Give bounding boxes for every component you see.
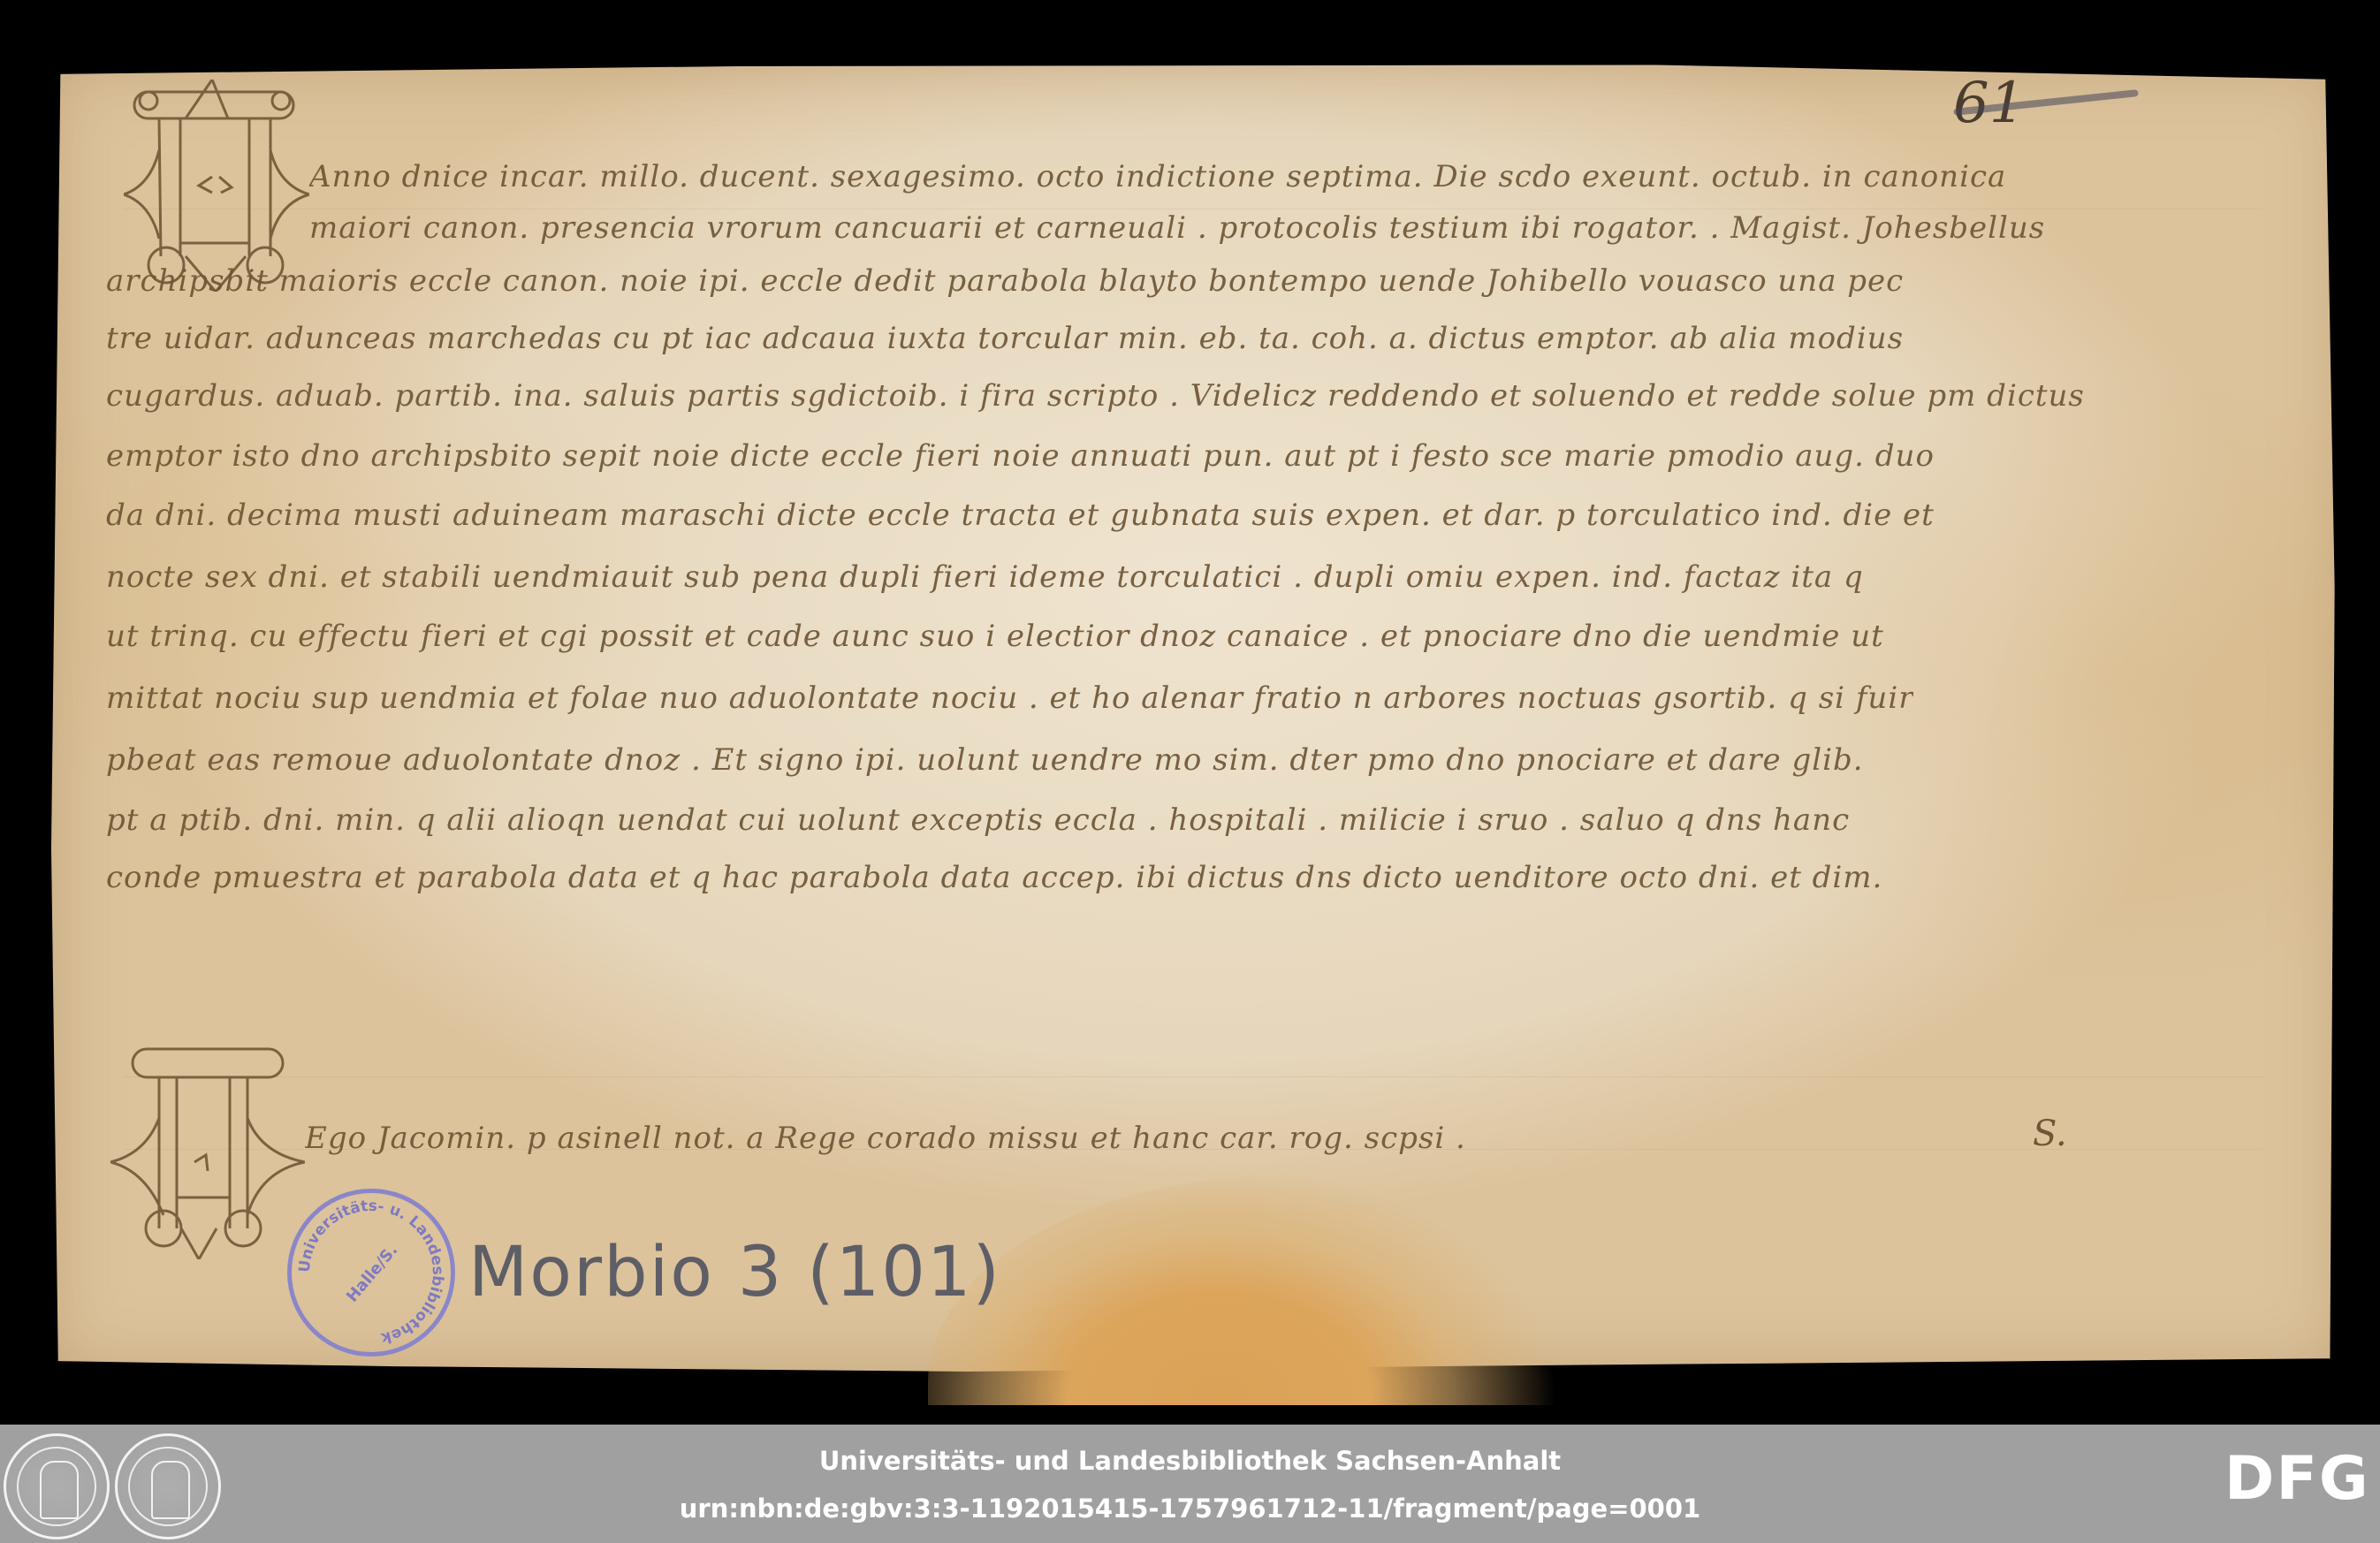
pencil-shelfmark: Morbio 3 (101) (468, 1233, 1001, 1312)
charter-text-line-3: archipsbit maioris eccle canon. noie ipi… (106, 256, 1904, 306)
dfg-logo: DFG (2224, 1449, 2370, 1509)
charter-text-line-2: maiori canon. presencia vrorum cancuarii… (309, 203, 2045, 253)
footer-urn-link[interactable]: urn:nbn:de:gbv:3:3-1192015415-1757961712… (0, 1494, 2380, 1524)
notary-signum-icon (110, 1038, 305, 1259)
charter-text-line-1: Anno dnice incar. millo. ducent. sexages… (309, 152, 2006, 201)
library-stamp: Universitäts- u. Landesbibliothek Halle/… (287, 1189, 455, 1357)
charter-text-line-10: mittat nociu sup uendmia et folae nuo ad… (106, 673, 1913, 723)
charter-text-line-8: nocte sex dni. et stabili uendmiauit sub… (106, 552, 1864, 602)
footer-bar: Universitäts- und Landesbibliothek Sachs… (0, 1425, 2380, 1543)
charter-text-line-12: pt a ptib. dni. min. q alii alioqn uenda… (106, 795, 1850, 845)
charter-text-line-6: emptor isto dno archipsbito sepit noie d… (106, 431, 1935, 481)
charter-text-line-11: pbeat eas remoue aduolontate dnoz . Et s… (106, 735, 1864, 785)
footer-institution-name: Universitäts- und Landesbibliothek Sachs… (0, 1446, 2380, 1476)
charter-text-line-7: da dni. decima musti aduineam maraschi d… (106, 490, 1935, 540)
signature-mark: S. (2033, 1114, 2067, 1154)
stamp-icon: Universitäts- u. Landesbibliothek Halle/… (287, 1189, 455, 1357)
charter-text-line-4: tre uidar. adunceas marchedas cu pt iac … (106, 314, 1904, 363)
stamp-inner-text: Halle/S. (343, 1241, 401, 1305)
notary-signature-line: Ego Jacomin. p asinell not. a Rege corad… (305, 1114, 1466, 1163)
charter-text-line-13: conde pmuestra et parabola data et q hac… (106, 853, 1882, 902)
charter-text-line-9: ut trinq. cu effectu fieri et cgi possit… (106, 612, 1884, 661)
image-viewer: 61 Anno dnice incar. millo. ducent. sexa… (0, 0, 2380, 1425)
charter-text-line-5: cugardus. aduab. partib. ina. saluis par… (106, 371, 2085, 421)
decorated-initial-bottom (110, 1038, 305, 1259)
ruling-line (124, 1076, 2262, 1077)
